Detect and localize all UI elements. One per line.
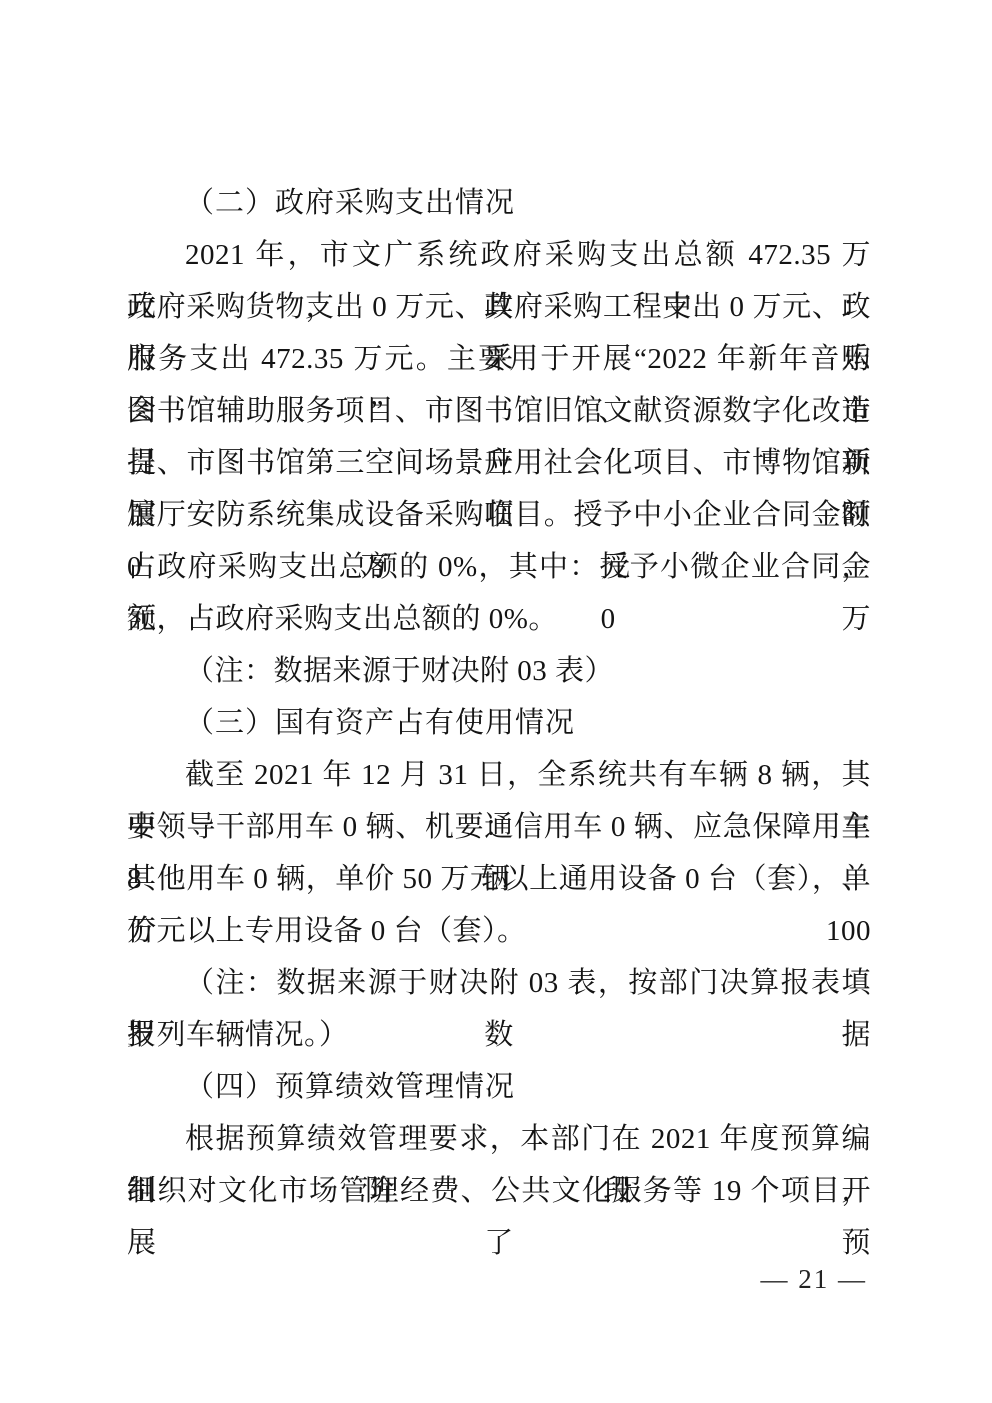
text-line: 政府采购货物支出 0 万元、政府采购工程支出 0 万元、政府采购 — [127, 281, 871, 333]
text-line: 服务支出 472.35 万元。主要用于开展“2022 年新年音乐会”、市 — [127, 333, 871, 385]
text-line: 占政府采购支出总额的 0%，其中：授予小微企业合同金额 0 万 — [127, 541, 871, 593]
page-number: — 21 — — [761, 1259, 868, 1299]
note-line: （注：数据来源于财决附 03 表） — [127, 645, 871, 697]
text-line: 图书馆辅助服务项目、市图书馆旧馆文献资源数字化改造提升项 — [127, 385, 871, 437]
text-line: 目、市图书馆第三空间场景应用社会化项目、市博物馆新馆临时 — [127, 437, 871, 489]
section-heading-2: （二）政府采购支出情况 — [127, 177, 871, 229]
text-line: 2021 年，市文广系统政府采购支出总额 472.35 万元，其中： — [127, 229, 871, 281]
text-line: 要领导干部用车 0 辆、机要通信用车 0 辆、应急保障用车 8 辆、 — [127, 801, 871, 853]
document-body: （二）政府采购支出情况 2021 年，市文广系统政府采购支出总额 472.35 … — [127, 177, 871, 1217]
note-line: （注：数据来源于财决附 03 表，按部门决算报表填报数据 — [127, 957, 871, 1009]
text-line: 其他用车 0 辆，单价 50 万元以上通用设备 0 台（套），单价 100 — [127, 853, 871, 905]
document-page: （二）政府采购支出情况 2021 年，市文广系统政府采购支出总额 472.35 … — [0, 0, 992, 1403]
text-line: 展厅安防系统集成设备采购项目。授予中小企业合同金额 0 万元， — [127, 489, 871, 541]
text-line: 组织对文化市场管理经费、公共文化服务等 19 个项目开展了预 — [127, 1165, 871, 1217]
section-heading-4: （四）预算绩效管理情况 — [127, 1061, 871, 1113]
section-heading-3: （三）国有资产占有使用情况 — [127, 697, 871, 749]
text-line: 截至 2021 年 12 月 31 日，全系统共有车辆 8 辆，其中：主 — [127, 749, 871, 801]
text-line: 根据预算绩效管理要求，本部门在 2021 年度预算编制阶段， — [127, 1113, 871, 1165]
